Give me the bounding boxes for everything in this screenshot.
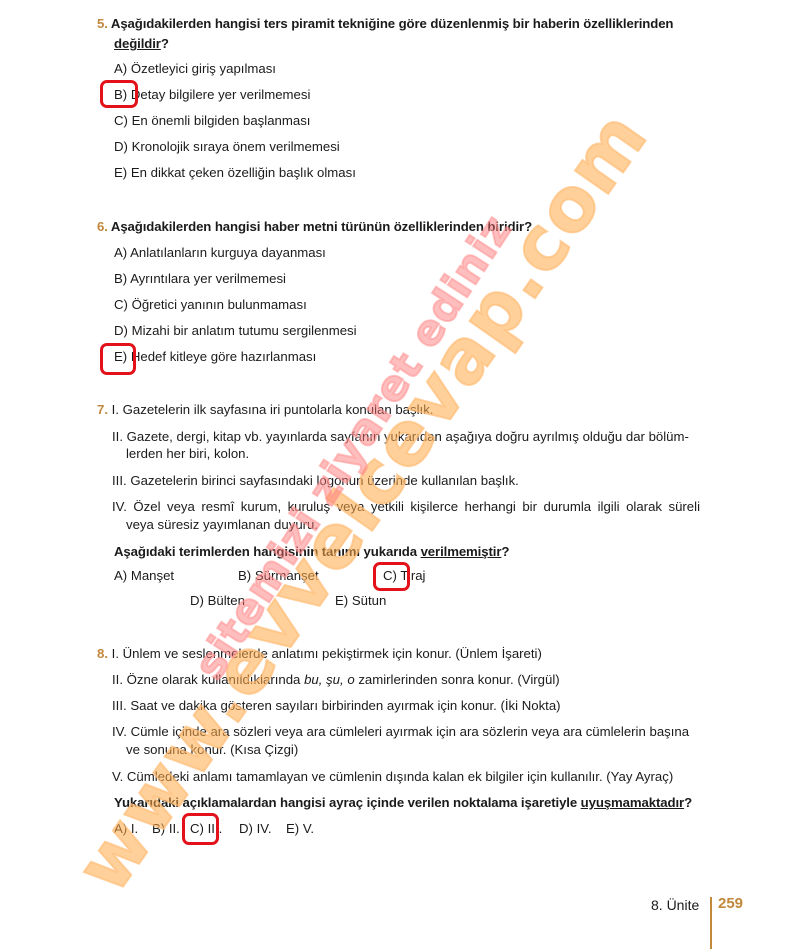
- q7-item-3: III. Gazetelerin birinci sayfasındaki lo…: [112, 471, 519, 491]
- answer-mark-q6: [100, 343, 136, 375]
- textbook-page: 5. Aşağıdakilerden hangisi ters piramit …: [0, 0, 794, 949]
- question-number: 5.: [97, 16, 108, 31]
- answer-mark-q5: [100, 80, 138, 108]
- page-number: 259: [718, 895, 743, 912]
- q7-item-4-cont: veya süresiz yayımlanan duyuru.: [126, 515, 318, 535]
- q8-item-1: 8. I. Ünlem ve seslenmelerde anlatımı pe…: [97, 644, 542, 664]
- footer-divider: [710, 897, 712, 949]
- q6-option-d[interactable]: D) Mizahi bir anlatım tutumu sergilenmes…: [114, 321, 357, 341]
- answer-mark-q8: [182, 813, 219, 845]
- q7-item-2-cont: lerden her biri, kolon.: [126, 444, 249, 464]
- q7-option-e[interactable]: E) Sütun: [335, 591, 386, 611]
- q7-option-d[interactable]: D) Bülten: [190, 591, 245, 611]
- q8-item-5: V. Cümledeki anlamı tamamlayan ve cümlen…: [112, 767, 673, 787]
- q7-item-4: IV. Özel veya resmî kurum, kuruluş veya …: [112, 497, 700, 517]
- q6-option-a[interactable]: A) Anlatılanların kurguya dayanması: [114, 243, 326, 263]
- q8-option-d[interactable]: D) IV.: [239, 819, 272, 839]
- q8-option-e[interactable]: E) V.: [286, 819, 314, 839]
- q5-option-a[interactable]: A) Özetleyici giriş yapılması: [114, 59, 276, 79]
- q7-item-1: 7. I. Gazetelerin ilk sayfasına iri punt…: [97, 400, 433, 420]
- q8-item-4: IV. Cümle içinde ara sözleri veya ara cü…: [112, 722, 689, 742]
- q6-option-b[interactable]: B) Ayrıntılara yer verilmemesi: [114, 269, 286, 289]
- q7-option-a[interactable]: A) Manşet: [114, 566, 174, 586]
- unit-label: 8. Ünite: [651, 897, 699, 913]
- q8-prompt: Yukarıdaki açıklamalardan hangisi ayraç …: [114, 793, 692, 813]
- answer-mark-q7: [373, 562, 410, 591]
- question-5-title-cont: değildir?: [114, 34, 169, 54]
- question-5-title: 5. Aşağıdakilerden hangisi ters piramit …: [97, 14, 673, 34]
- question-6-title: 6. Aşağıdakilerden hangisi haber metni t…: [97, 217, 532, 237]
- q8-option-a[interactable]: A) I.: [114, 819, 138, 839]
- q5-option-c[interactable]: C) En önemli bilgiden başlanması: [114, 111, 310, 131]
- q6-option-c[interactable]: C) Öğretici yanının bulunmaması: [114, 295, 307, 315]
- q7-prompt: Aşağıdaki terimlerden hangisinin tanımı …: [114, 542, 509, 562]
- q8-item-2: II. Özne olarak kullanıldıklarında bu, ş…: [112, 670, 560, 690]
- q5-option-d[interactable]: D) Kronolojik sıraya önem verilmemesi: [114, 137, 340, 157]
- q8-item-4-cont: ve sonuna konur. (Kısa Çizgi): [126, 740, 298, 760]
- q8-option-b[interactable]: B) II.: [152, 819, 180, 839]
- q8-item-3: III. Saat ve dakika gösteren sayıları bi…: [112, 696, 561, 716]
- q6-option-e[interactable]: E) Hedef kitleye göre hazırlanması: [114, 347, 316, 367]
- q5-option-e[interactable]: E) En dikkat çeken özelliğin başlık olma…: [114, 163, 356, 183]
- q5-option-b[interactable]: B) Detay bilgilere yer verilmemesi: [114, 85, 310, 105]
- q7-option-b[interactable]: B) Sürmanşet: [238, 566, 319, 586]
